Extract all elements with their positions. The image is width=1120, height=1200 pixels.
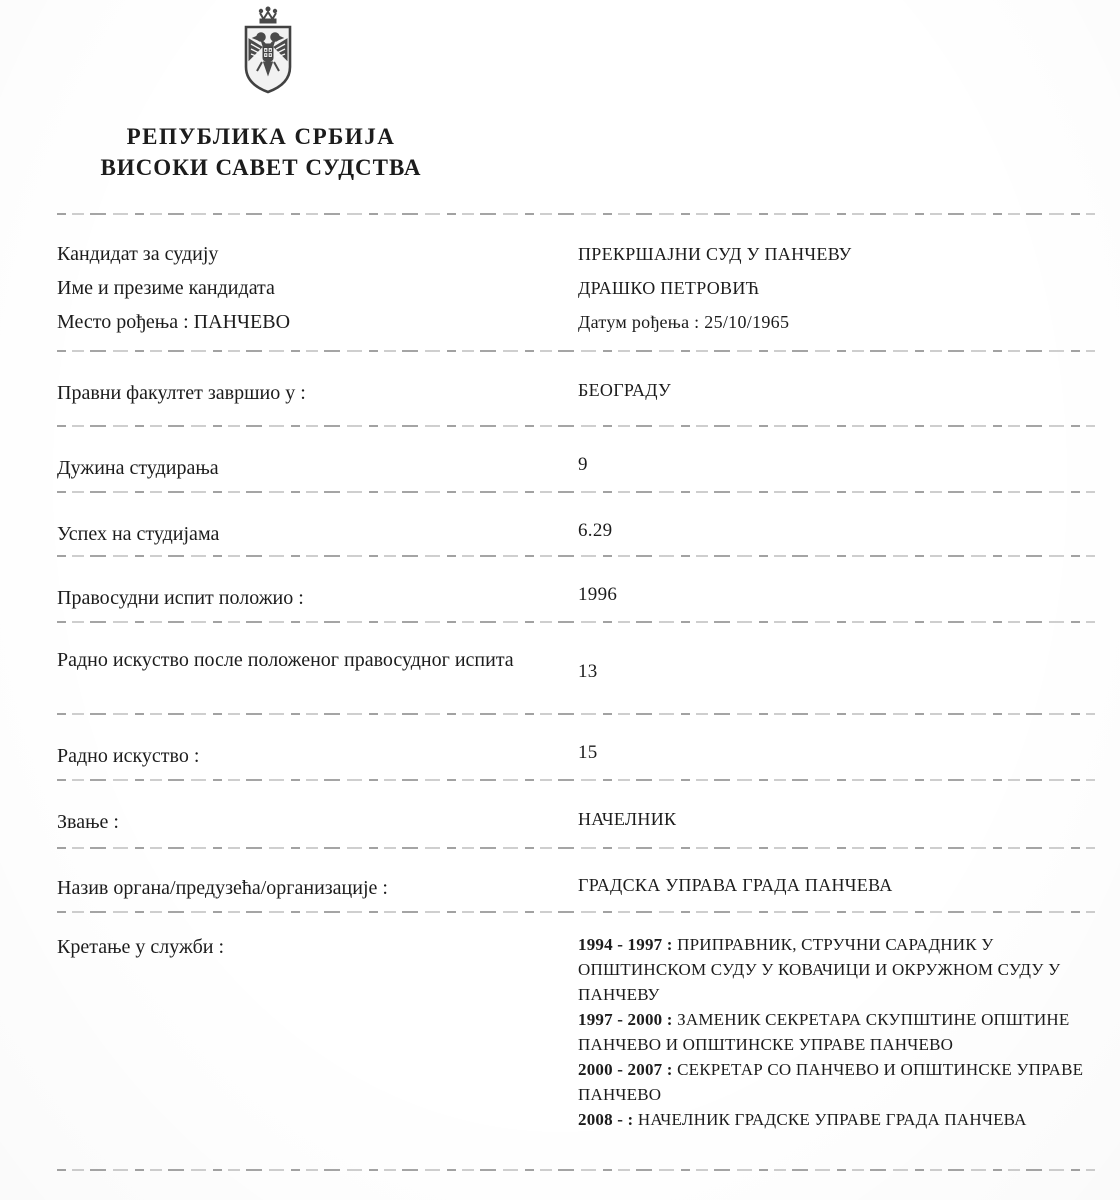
dashed-separator <box>57 1169 1095 1171</box>
form-row-candidate: Кандидат за судију ПРЕКРШАЈНИ СУД У ПАНЧ… <box>57 215 1095 350</box>
career-period: 2000 - 2007 : <box>578 1060 673 1079</box>
field-label-bar-exam: Правосудни испит положио : <box>57 583 578 614</box>
dashed-separator <box>57 621 1095 623</box>
form-row-faculty: Правни факултет завршио у : БЕОГРАДУ <box>57 352 1095 425</box>
form-row-study-success: Успех на студијама 6.29 <box>57 493 1095 555</box>
dashed-separator <box>57 911 1095 913</box>
form-row-experience: Радно искуство : 15 <box>57 715 1095 779</box>
form-line: Место рођења : ПАНЧЕВО Датум рођења : 25… <box>57 305 789 339</box>
career-period: 2008 - : <box>578 1110 633 1129</box>
field-value-organization: ГРАДСКА УПРАВА ГРАДА ПАНЧЕВА <box>578 873 1095 897</box>
form-row-study-duration: Дужина студирања 9 <box>57 427 1095 491</box>
form-row-career: Кретање у служби : 1994 - 1997 : ПРИПРАВ… <box>57 913 1095 1169</box>
career-entry: 2008 - : НАЧЕЛНИК ГРАДСКЕ УПРАВЕ ГРАДА П… <box>578 1107 1095 1132</box>
field-value-candidate-name: ДРАШКО ПЕТРОВИЋ <box>578 271 759 305</box>
field-value-birth-date: Датум рођења : 25/10/1965 <box>578 305 789 339</box>
field-label-organization: Назив органа/предузећа/организације : <box>57 873 578 904</box>
dashed-separator <box>57 713 1095 715</box>
republic-title: РЕПУБЛИКА СРБИЈА <box>36 124 486 150</box>
form-line: Име и презиме кандидата ДРАШКО ПЕТРОВИЋ <box>57 271 759 305</box>
dashed-separator <box>57 847 1095 849</box>
form-row-experience-after-exam: Радно искуство после положеног правосудн… <box>57 623 1095 713</box>
career-period: 1994 - 1997 : <box>578 935 673 954</box>
field-value-study-duration: 9 <box>578 453 1095 477</box>
career-entry: 1997 - 2000 : ЗАМЕНИК СЕКРЕТАРА СКУПШТИН… <box>578 1007 1095 1057</box>
candidate-form: Кандидат за судију ПРЕКРШАЈНИ СУД У ПАНЧ… <box>57 213 1095 1171</box>
field-label-job-title: Звање : <box>57 807 578 838</box>
field-value-bar-exam-year: 1996 <box>578 583 1095 607</box>
field-label-study-success: Успех на студијама <box>57 519 578 550</box>
dashed-separator <box>57 779 1095 781</box>
form-row-job-title: Звање : НАЧЕЛНИК <box>57 781 1095 847</box>
career-history: 1994 - 1997 : ПРИПРАВНИК, СТРУЧНИ САРАДН… <box>578 932 1095 1132</box>
field-label-career: Кретање у служби : <box>57 932 578 963</box>
field-value-experience-after-exam: 13 <box>578 645 1095 684</box>
field-label-candidate-for-judge: Кандидат за судију <box>57 237 578 271</box>
field-label-candidate-name: Име и презиме кандидата <box>57 271 578 305</box>
career-period: 1997 - 2000 : <box>578 1010 673 1029</box>
dashed-separator <box>57 425 1095 427</box>
form-line: Кандидат за судију ПРЕКРШАЈНИ СУД У ПАНЧ… <box>57 237 852 271</box>
dashed-separator <box>57 491 1095 493</box>
field-label-experience: Радно искуство : <box>57 741 578 772</box>
field-value-study-success: 6.29 <box>578 519 1095 543</box>
document-header: РЕПУБЛИКА СРБИЈА ВИСОКИ САВЕТ СУДСТВА <box>36 124 486 181</box>
council-title: ВИСОКИ САВЕТ СУДСТВА <box>36 155 486 181</box>
form-row-organization: Назив органа/предузећа/организације : ГР… <box>57 849 1095 911</box>
field-label-birth-place: Место рођења : ПАНЧЕВО <box>57 305 578 339</box>
dashed-separator <box>57 555 1095 557</box>
dashed-separator <box>57 213 1095 215</box>
field-value-experience: 15 <box>578 741 1095 765</box>
field-label-faculty: Правни факултет завршио у : <box>57 378 578 409</box>
form-row-bar-exam: Правосудни испит положио : 1996 <box>57 557 1095 621</box>
career-entry: 1994 - 1997 : ПРИПРАВНИК, СТРУЧНИ САРАДН… <box>578 932 1095 1007</box>
field-label-study-duration: Дужина студирања <box>57 453 578 484</box>
field-value-job-title: НАЧЕЛНИК <box>578 807 1095 831</box>
serbia-coat-of-arms-icon <box>236 6 300 100</box>
scanned-document-page: РЕПУБЛИКА СРБИЈА ВИСОКИ САВЕТ СУДСТВА Ка… <box>0 0 1120 1200</box>
career-text: НАЧЕЛНИК ГРАДСКЕ УПРАВЕ ГРАДА ПАНЧЕВА <box>638 1110 1027 1129</box>
career-entry: 2000 - 2007 : СЕКРЕТАР СО ПАНЧЕВО И ОПШТ… <box>578 1057 1095 1107</box>
field-label-experience-after-exam: Радно искуство после положеног правосудн… <box>57 645 578 676</box>
field-value-court: ПРЕКРШАЈНИ СУД У ПАНЧЕВУ <box>578 237 852 271</box>
field-value-faculty-city: БЕОГРАДУ <box>578 378 1095 402</box>
dashed-separator <box>57 350 1095 352</box>
